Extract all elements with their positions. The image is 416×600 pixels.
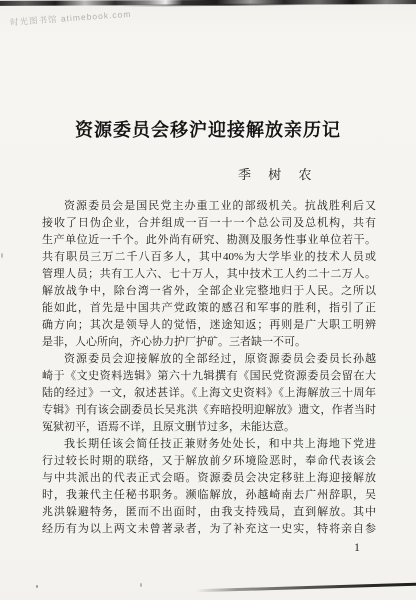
body-line: 时，我兼代主任秘书职务。濒临解放，孙越崎南去广州辞职，吴 <box>42 487 376 504</box>
body-line: 我长期任该会简任技正兼财务处处长，和中共上海地下党进 <box>42 436 376 453</box>
body-line: 与中共派出的代表正式会晤。资源委员会决定移驻上海迎接解放 <box>42 470 376 487</box>
body-line: 生产单位近一千个。此外尚有研究、勘测及服务性事业单位若干。 <box>42 232 376 249</box>
scan-speck <box>36 585 38 588</box>
body-line: 冤狱初平，语焉不详，且原文删节过多，未能达意。 <box>42 419 376 436</box>
scan-speck <box>1 253 3 258</box>
body-line: 崎于《文史资料选辑》第六十九辑撰有《国民党资源委员会留在大 <box>42 368 376 385</box>
body-line: 资源委员会是国民党主办重工业的部级机关。抗战胜利后又 <box>42 198 376 215</box>
scan-edge-artifact-top-secondary <box>120 3 300 6</box>
body-line: 经历有为以上两文未曾著录者，为了补充这一史实，特将亲自参 <box>42 521 376 538</box>
body-line: 陆的经过》一文，叙述甚详。《上海文史资料》《上海解放三十周年 <box>42 385 376 402</box>
article-author: 季 树 农 <box>238 164 319 183</box>
scan-speck <box>140 583 142 587</box>
body-line: 解放战争中，除台湾一省外，全部企业完整地归于人民。之所以 <box>42 283 376 300</box>
body-line: 共有职员三万二千八百多人，其中40%为大学毕业的技术人员或 <box>42 249 376 266</box>
body-line: 兆洪躲避特务，匿而不出面时，由我支持残局，直到解放。其中 <box>42 504 376 521</box>
body-line: 是非，人心所向，齐心协力护厂护矿。三者缺一不可。 <box>42 334 376 351</box>
body-line: 确方向；其次是领导人的觉悟，迷途知返；再则是广大职工明辨 <box>42 317 376 334</box>
body-line: 资源委员会迎接解放的全部经过，原资源委员会委员长孙越 <box>42 351 376 368</box>
scan-edge-artifact-bottom <box>196 583 416 593</box>
body-line: 接收了日伪企业，合并组成一百一十一个总公司及总机构，共有 <box>42 215 376 232</box>
body-line: 能如此，首先是中国共产党政策的感召和军事的胜利，指引了正 <box>42 300 376 317</box>
body-line: 专辑》刊有该会副委员长吴兆洪《弃暗投明迎解放》遗文，作者当时 <box>42 402 376 419</box>
article-title: 资源委员会移沪迎接解放亲历记 <box>0 116 416 142</box>
body-line: 管理人员；共有工人六、七十万人，其中技术工人约二十二万人。 <box>42 266 376 283</box>
body-line: 行过较长时期的联络，又于解放前夕环境险恶时，奉命代表该会 <box>42 453 376 470</box>
article-body: 资源委员会是国民党主办重工业的部级机关。抗战胜利后又 接收了日伪企业，合并组成一… <box>42 198 376 538</box>
scanned-book-page: { "page": { "watermark": "时光图书馆 atimeboo… <box>0 0 416 600</box>
page-number: 1 <box>354 540 360 555</box>
library-watermark: 时光图书馆 atimebook.com <box>10 8 132 28</box>
